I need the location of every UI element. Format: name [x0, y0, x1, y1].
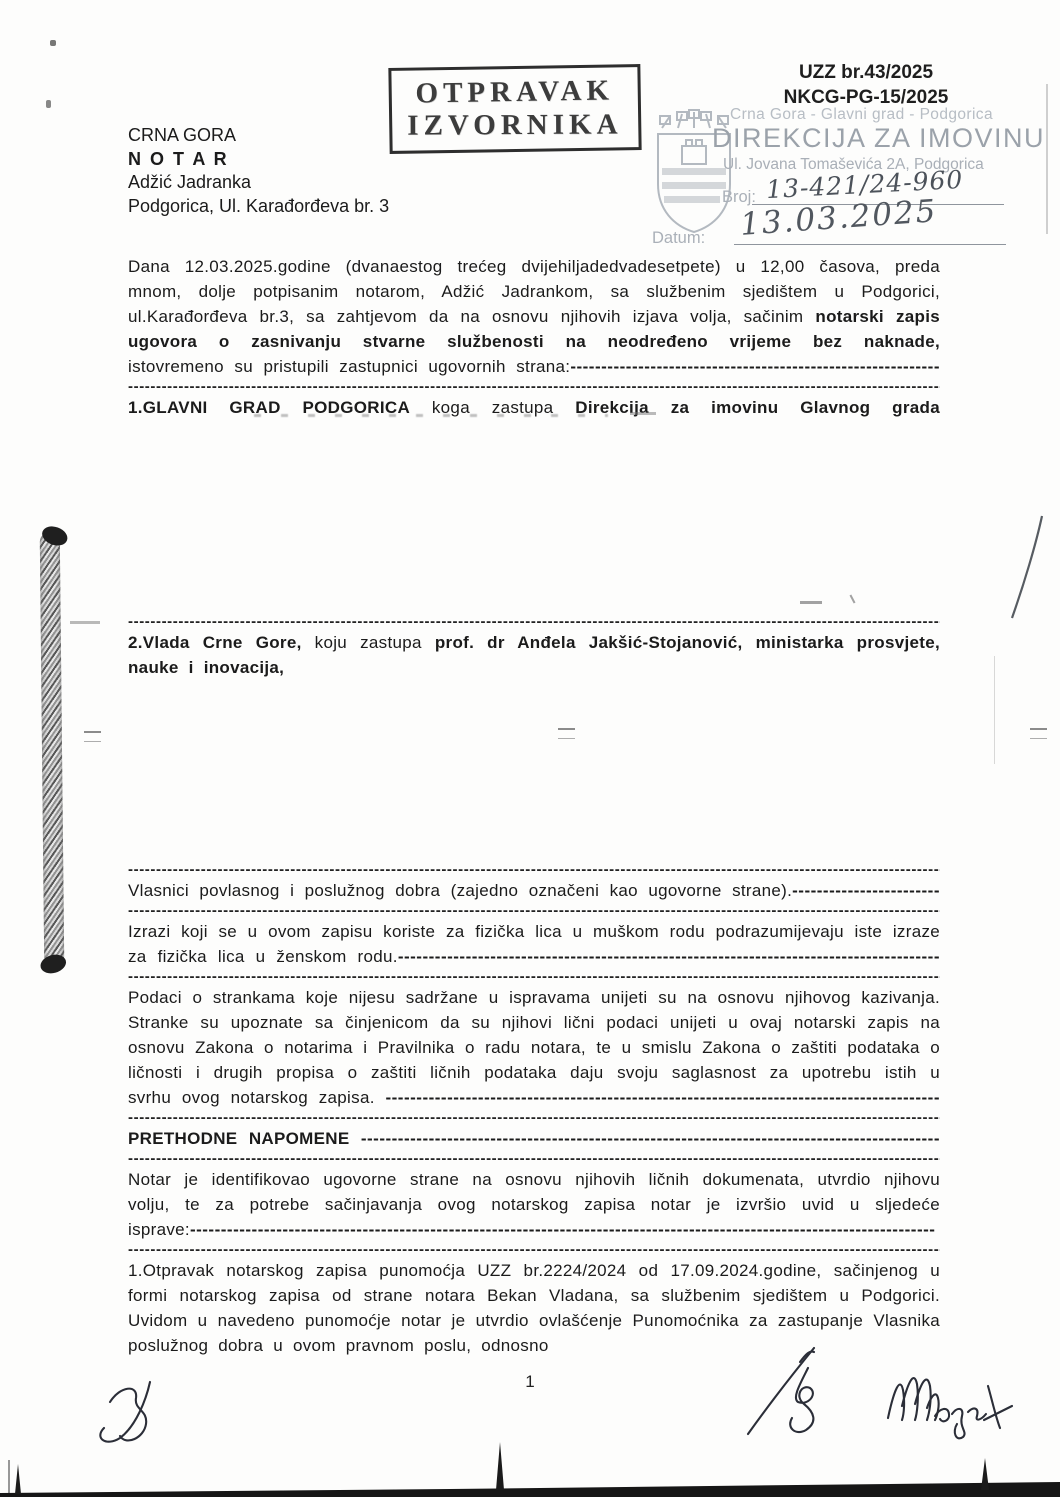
- dash-separator-line: ----------------------------------------…: [128, 1244, 940, 1256]
- text-segment: istovremeno su pristupili zastupnici ugo…: [128, 357, 570, 376]
- case-number-nkcg: NKCG-PG-15/2025: [752, 85, 980, 110]
- copy-stamp-line2: IZVORNIKA: [408, 108, 623, 142]
- signature-party-1: [738, 1342, 853, 1442]
- notary-name: Adžić Jadranka: [128, 171, 389, 195]
- paragraph-identification: Notar je identifikovao ugovorne strane n…: [128, 1167, 940, 1242]
- signature-party-2: [882, 1356, 1022, 1442]
- notary-title: N O T A R: [128, 148, 389, 172]
- stamp-number-label: Broj:: [722, 188, 756, 207]
- paragraph-data-protection: Podaci o strankama koje nijesu sadržane …: [128, 985, 940, 1110]
- stray-pen-mark: [70, 621, 100, 624]
- paragraph-owners: Vlasnici povlasnog i poslužnog dobra (za…: [128, 878, 940, 903]
- copy-of-original-stamp: OTPRAVAK IZVORNIKA: [388, 64, 641, 154]
- text-segment: koju zastupa: [302, 633, 435, 652]
- dash-separator-line: ----------------------------------------…: [128, 864, 940, 876]
- scan-speck: [46, 100, 51, 108]
- bold-text-segment: PRETHODNE NAPOMENE: [128, 1129, 361, 1148]
- scan-edge-line: [994, 656, 995, 764]
- dash-separator-line: ----------------------------------------…: [128, 381, 940, 393]
- stamp-date-label: Datum:: [652, 229, 705, 248]
- dash-separator-line: ----------------------------------------…: [128, 1112, 940, 1124]
- property-directorate-stamp: Crna Gora - Glavni grad - Podgorica DIRE…: [640, 98, 1020, 268]
- scan-edge-line: [1046, 84, 1048, 234]
- scan-smudge: [558, 728, 575, 739]
- scan-smudge: [1030, 728, 1047, 739]
- blank-gap: [128, 420, 940, 614]
- scan-speck: [50, 40, 56, 46]
- text-segment: 1.Otpravak notarskog zapisa punomoćja UZ…: [128, 1261, 940, 1355]
- paragraph-party-2: 2.Vlada Crne Gore, koju zastupa prof. dr…: [128, 630, 940, 680]
- scanned-notarial-deed-page: CRNA GORA N O T A R Adžić Jadranka Podgo…: [0, 0, 1060, 1497]
- text-segment: Vlasnici povlasnog i poslužnog dobra (za…: [128, 881, 792, 900]
- dash-separator-line: ----------------------------------------…: [128, 905, 940, 917]
- scan-smudge: [84, 731, 101, 742]
- document-body: Dana 12.03.2025.godine (dvanaestog treće…: [128, 254, 940, 1358]
- stray-pen-stroke: [1004, 512, 1048, 624]
- case-number-uzz: UZZ br.43/2025: [752, 60, 980, 85]
- scan-bottom-edge: [0, 1437, 1060, 1497]
- notary-address: Podgorica, Ul. Karađorđeva br. 3: [128, 195, 389, 219]
- paragraph-intro: Dana 12.03.2025.godine (dvanaestog treće…: [128, 254, 940, 379]
- erased-text-remnant: [254, 414, 608, 417]
- erased-text-remnant: [630, 412, 656, 415]
- copy-stamp-line1: OTPRAVAK: [415, 74, 614, 110]
- dash-separator-line: ----------------------------------------…: [128, 616, 940, 628]
- binding-strip: [40, 532, 65, 966]
- country-label: CRNA GORA: [128, 124, 389, 148]
- bold-text-segment: 2.Vlada Crne Gore,: [128, 633, 302, 652]
- paragraph-gender-clause: Izrazi koji se u ovom zapisu koriste za …: [128, 919, 940, 969]
- blank-gap: [128, 680, 940, 862]
- dash-separator-line: ----------------------------------------…: [128, 971, 940, 983]
- dash-separator-line: ----------------------------------------…: [128, 1153, 940, 1165]
- dash-fill: ----------------------------------------…: [128, 1220, 935, 1242]
- heading-prethodne-napomene: PRETHODNE NAPOMENE ---------------------…: [128, 1126, 940, 1151]
- stray-pen-mark: [800, 601, 822, 604]
- case-number-block: UZZ br.43/2025 NKCG-PG-15/2025: [752, 60, 980, 110]
- notary-header-block: CRNA GORA N O T A R Adžić Jadranka Podgo…: [128, 124, 389, 218]
- stamp-office-name: DIREKCIJA ZA IMOVINU: [712, 123, 1045, 154]
